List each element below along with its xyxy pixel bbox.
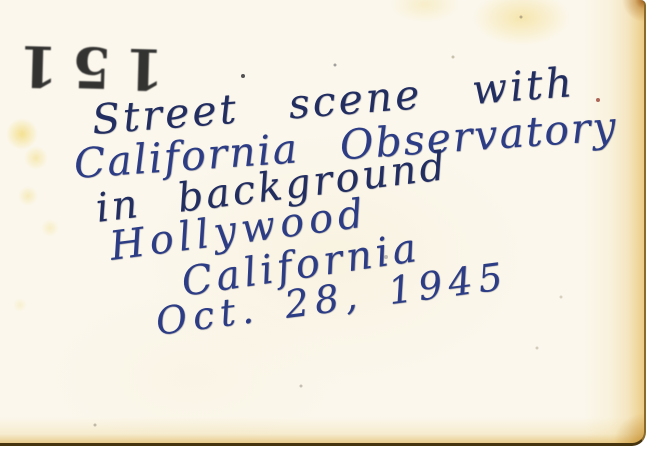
paper-specks — [0, 0, 2, 2]
scanned-photo-back: 151 Street scene with California Observa… — [0, 0, 650, 449]
photo-back-card: 151 Street scene with California Observa… — [0, 0, 646, 446]
